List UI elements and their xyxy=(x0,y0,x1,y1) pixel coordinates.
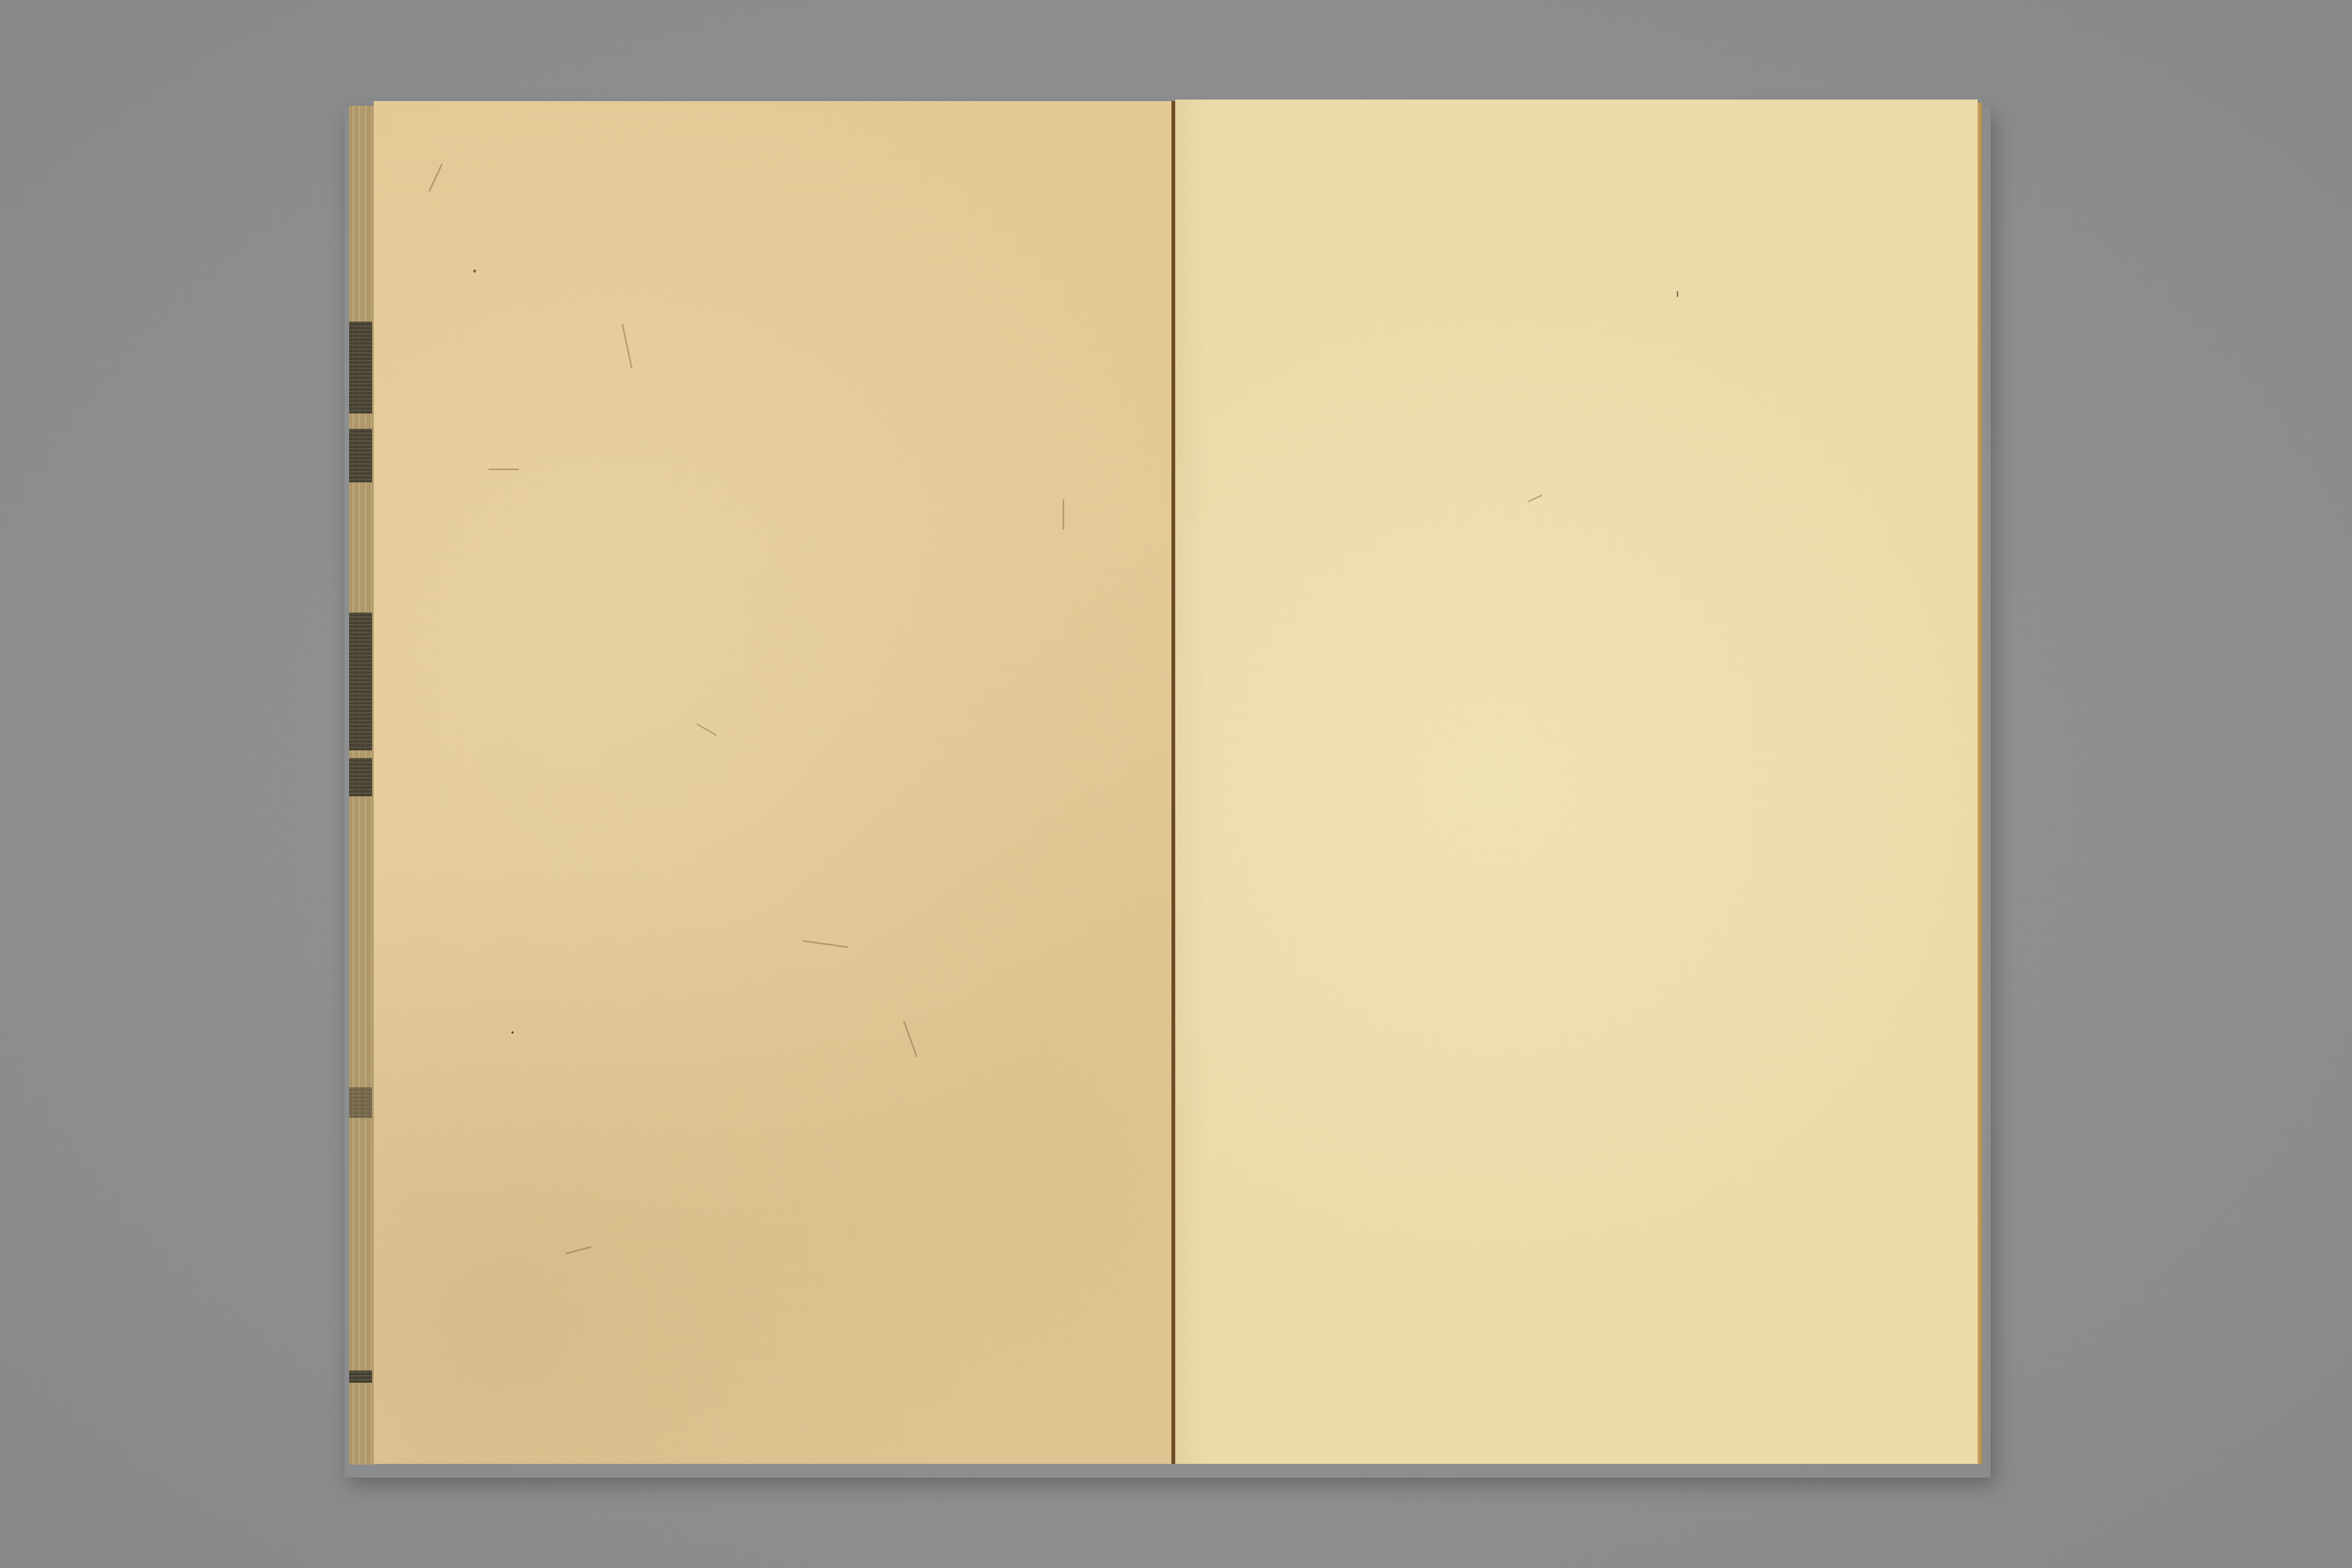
left-page xyxy=(374,101,1172,1464)
paper-fiber xyxy=(488,469,519,470)
paper-speck xyxy=(473,269,476,273)
paper-fiber xyxy=(429,163,443,191)
paper-speck xyxy=(1677,291,1678,297)
spine-mark xyxy=(349,1087,372,1118)
spine-mark xyxy=(349,758,372,796)
paper-fiber xyxy=(697,724,717,737)
paper-fiber xyxy=(1063,499,1064,530)
spine-mark xyxy=(349,429,372,482)
paper-fiber xyxy=(565,1246,591,1255)
spine-mark xyxy=(349,1370,372,1383)
paper-fiber xyxy=(622,323,632,368)
paper-fiber xyxy=(802,940,848,948)
paper-fiber xyxy=(1528,495,1543,502)
spine-mark xyxy=(349,322,372,413)
paper-speck xyxy=(511,1031,514,1034)
spine-mark xyxy=(349,612,372,750)
paper-fiber xyxy=(903,1021,918,1057)
right-page-edges xyxy=(1978,103,1982,1464)
right-page xyxy=(1175,100,1978,1464)
